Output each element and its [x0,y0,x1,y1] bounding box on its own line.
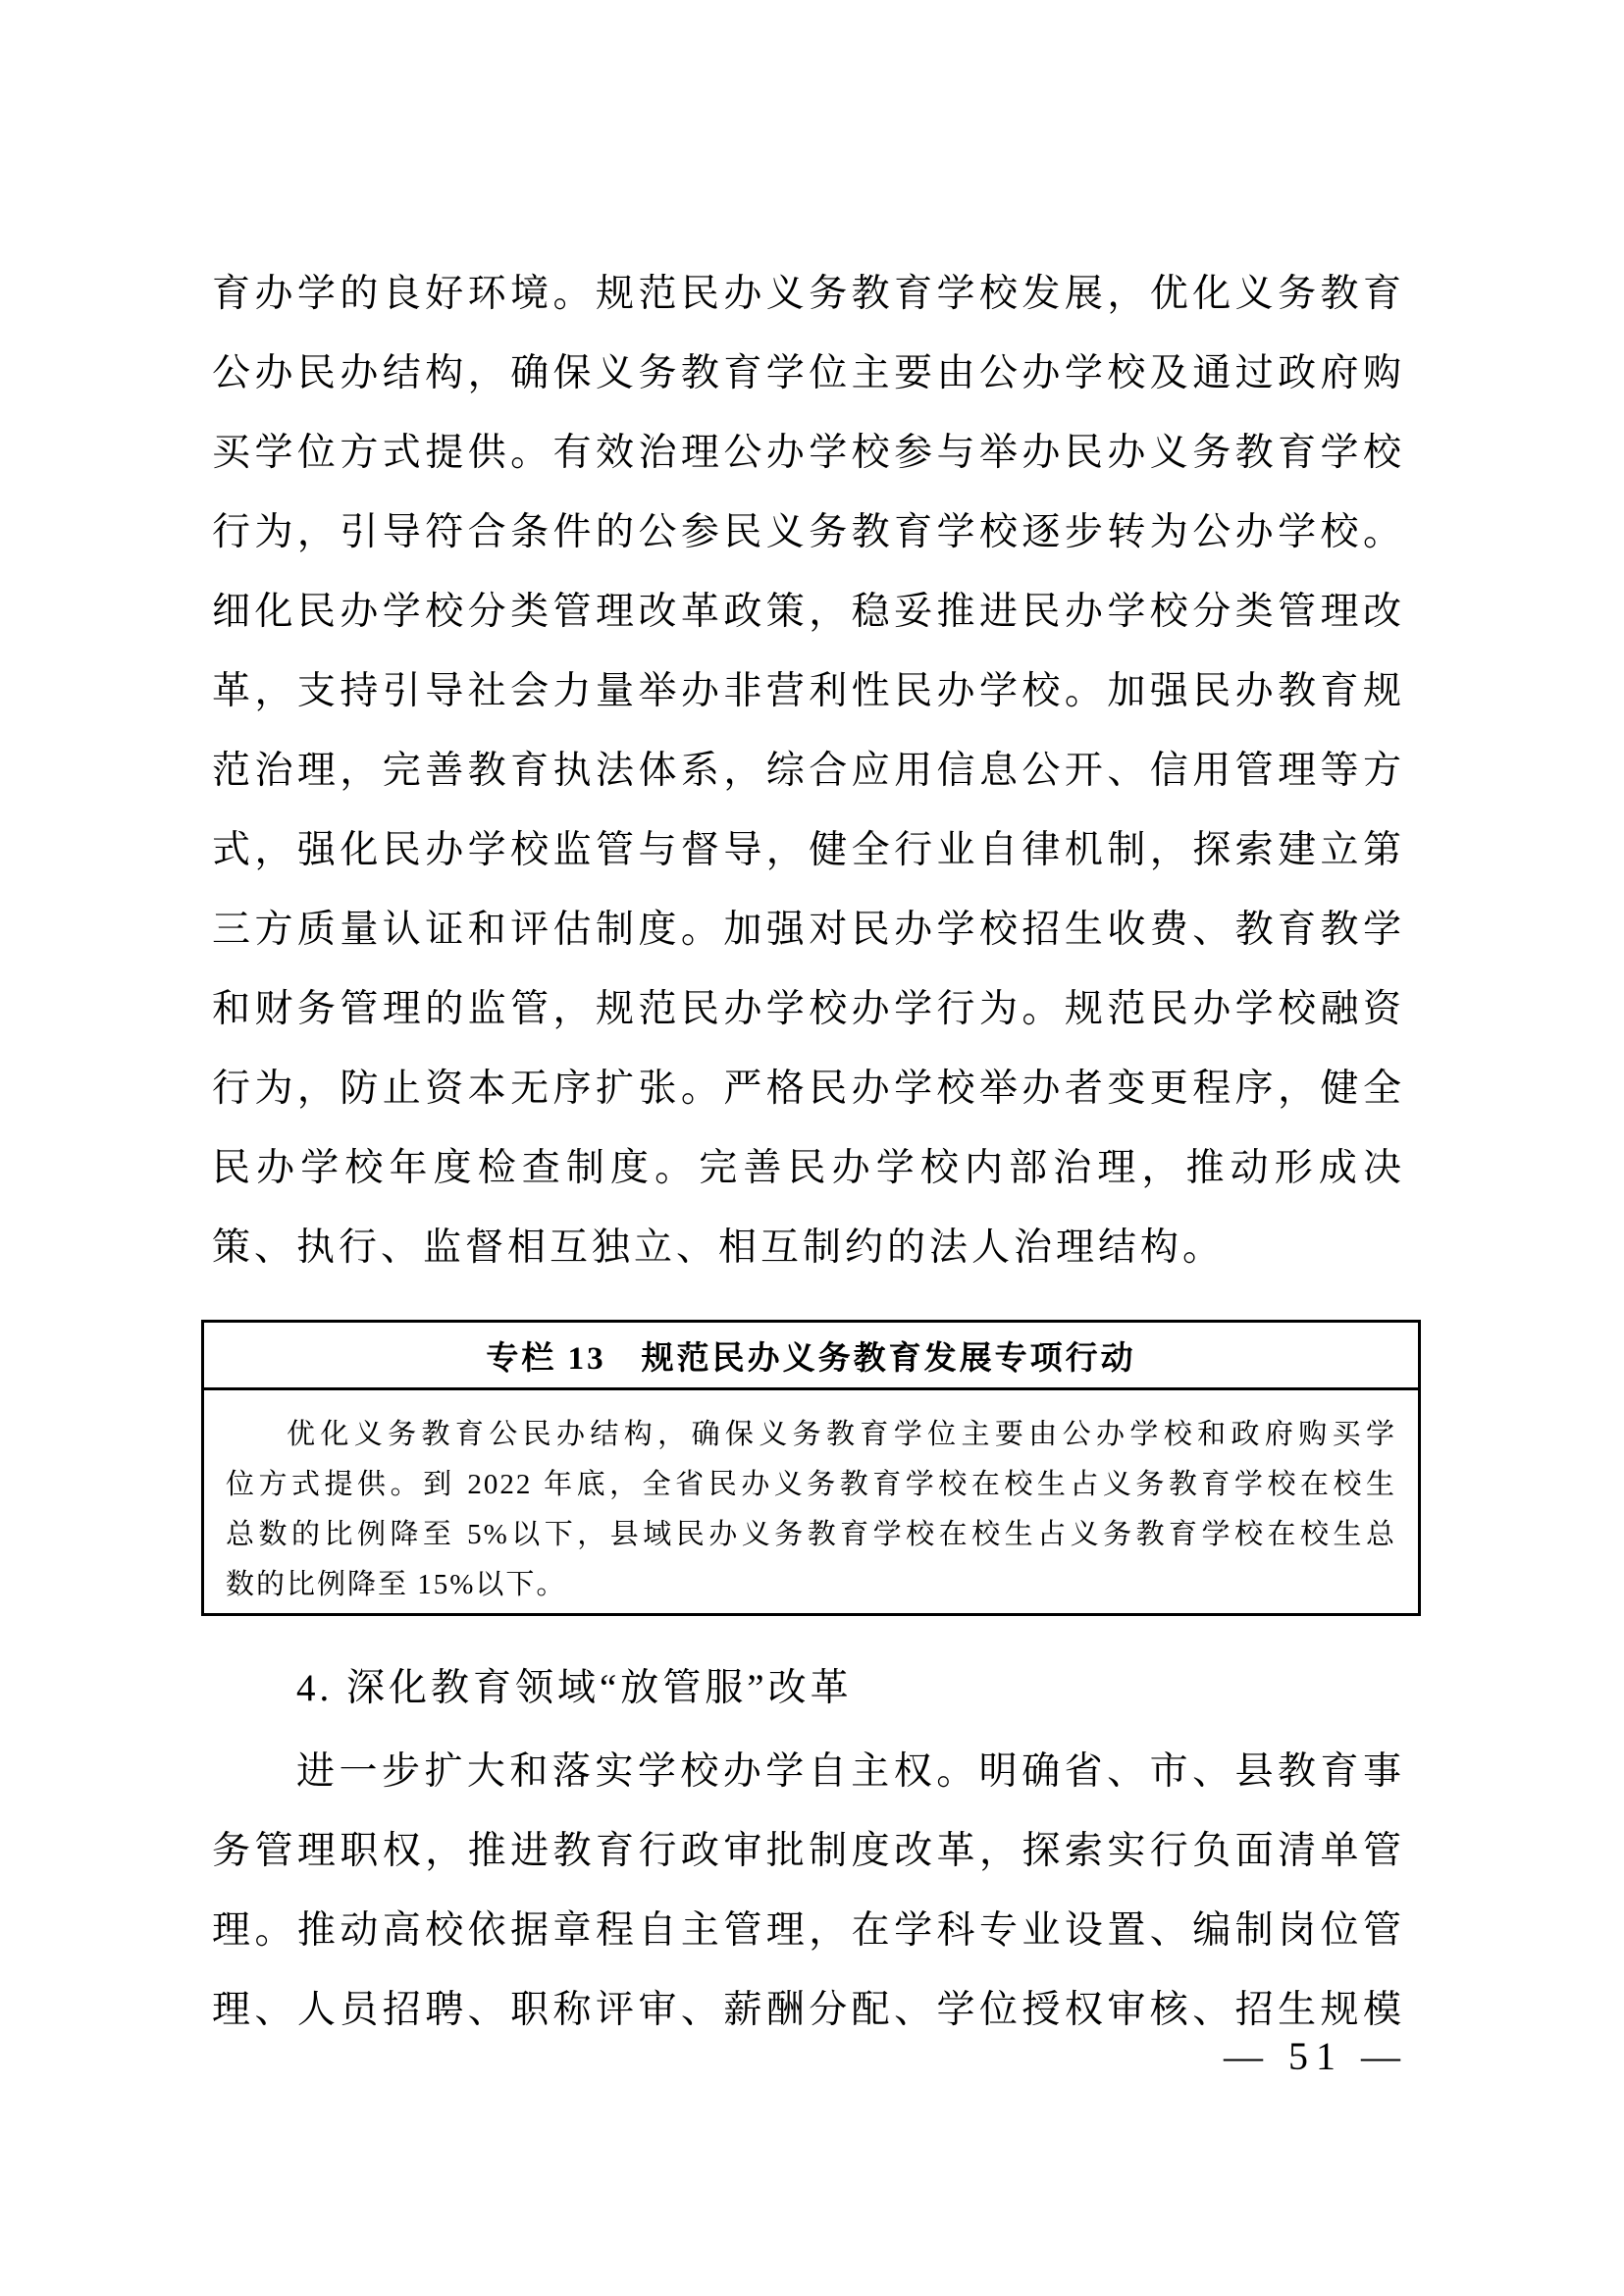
callout-line: 优化义务教育公民办结构，确保义务教育学位主要由公办学校和政府购买学 [226,1410,1396,1460]
paragraph-line: 买学位方式提供。有效治理公办学校参与举办民办义务教育学校 [212,413,1405,493]
paragraph-line: 进一步扩大和落实学校办学自主权。明确省、市、县教育事 [212,1732,1405,1811]
paragraph-line: 行为，防止资本无序扩张。严格民办学校举办者变更程序，健全 [212,1049,1405,1128]
callout-box-body: 优化义务教育公民办结构，确保义务教育学位主要由公办学校和政府购买学 位方式提供。… [204,1390,1418,1610]
paragraph-line: 行为，引导符合条件的公参民义务教育学校逐步转为公办学校。 [212,493,1405,572]
callout-line: 位方式提供。到 2022 年底，全省民办义务教育学校在校生占义务教育学校在校生 [226,1460,1396,1510]
paragraph-line: 理。推动高校依据章程自主管理，在学科专业设置、编制岗位管 [212,1891,1405,1970]
paragraph-line: 三方质量认证和评估制度。加强对民办学校招生收费、教育教学 [212,890,1405,969]
paragraph-line: 民办学校年度检查制度。完善民办学校内部治理，推动形成决 [212,1128,1405,1208]
paragraph-2: 进一步扩大和落实学校办学自主权。明确省、市、县教育事 务管理职权，推进教育行政审… [212,1732,1405,2050]
paragraph-line: 策、执行、监督相互独立、相互制约的法人治理结构。 [212,1208,1405,1287]
paragraph-line: 务管理职权，推进教育行政审批制度改革，探索实行负面清单管 [212,1811,1405,1891]
paragraph-line: 革，支持引导社会力量举办非营利性民办学校。加强民办教育规 [212,652,1405,731]
paragraph-line: 式，强化民办学校监管与督导，健全行业自律机制，探索建立第 [212,810,1405,890]
callout-box-title: 专栏 13 规范民办义务教育发展专项行动 [204,1323,1418,1390]
paragraph-line: 育办学的良好环境。规范民办义务教育学校发展，优化义务教育 [212,254,1405,334]
main-paragraph: 育办学的良好环境。规范民办义务教育学校发展，优化义务教育 公办民办结构，确保义务… [212,254,1405,1287]
paragraph-line: 细化民办学校分类管理改革政策，稳妥推进民办学校分类管理改 [212,572,1405,652]
callout-box-column-13: 专栏 13 规范民办义务教育发展专项行动 优化义务教育公民办结构，确保义务教育学… [201,1320,1421,1616]
paragraph-line: 公办民办结构，确保义务教育学位主要由公办学校及通过政府购 [212,334,1405,413]
page-number: — 51 — [1224,2033,1408,2080]
section-heading: 4. 深化教育领域“放管服”改革 [212,1648,1405,1728]
document-page: 育办学的良好环境。规范民办义务教育学校发展，优化义务教育 公办民办结构，确保义务… [0,0,1624,2296]
paragraph-line: 和财务管理的监管，规范民办学校办学行为。规范民办学校融资 [212,969,1405,1049]
paragraph-line: 范治理，完善教育执法体系，综合应用信息公开、信用管理等方 [212,731,1405,810]
callout-line: 数的比例降至 15%以下。 [226,1560,1396,1610]
callout-line: 总数的比例降至 5%以下，县域民办义务教育学校在校生占义务教育学校在校生总 [226,1510,1396,1560]
